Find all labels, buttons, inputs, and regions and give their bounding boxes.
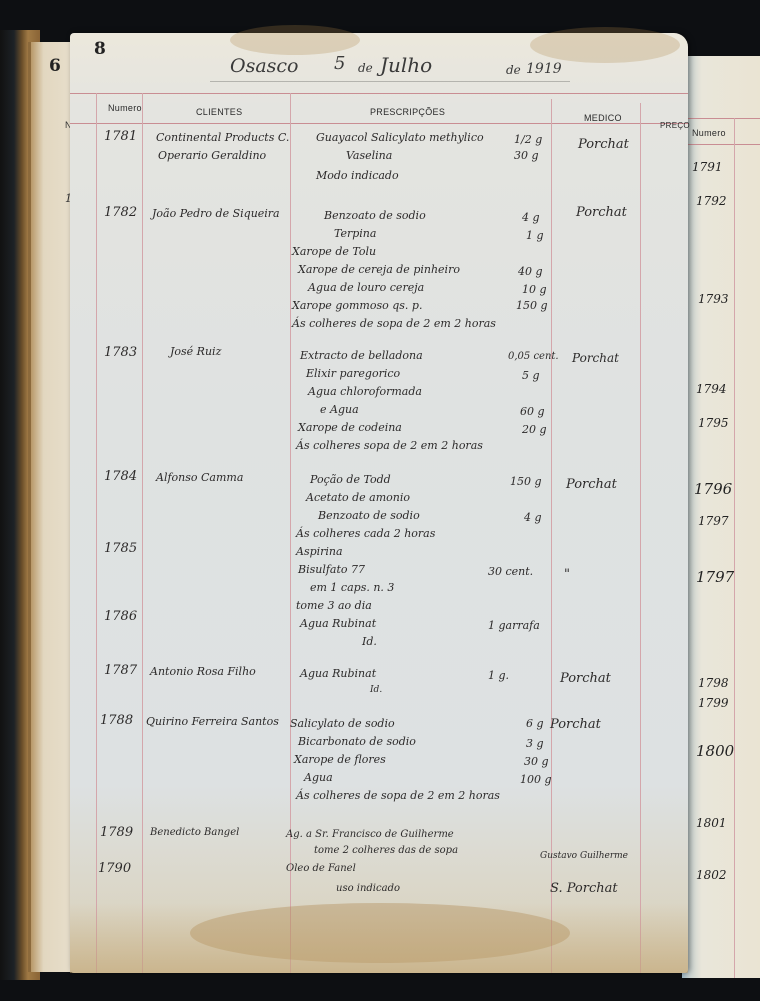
next-page-entry-number: 1795 [698,416,729,430]
prescription-item: Guayacol Salicylato methylico [316,131,484,144]
column-rule [551,99,552,973]
prescription-item: Poção de Todd [310,473,391,486]
prescription-item: Ás colheres cada 2 horas [296,527,435,540]
prescription-qty: 0,05 cent. [508,351,559,362]
prescription-item: Modo indicado [316,169,399,182]
doctor-name: Porchat [576,205,627,220]
client-name-line-2: Operario Geraldino [158,149,266,162]
prescription-qty: 30 g [524,755,549,768]
column-header-clientes: CLIENTES [196,107,242,117]
next-page-entry-number: 1796 [694,480,732,498]
prescription-item: tome 3 ao dia [296,599,372,612]
client-name: Continental Products C. [156,131,289,144]
entry-number: 1784 [104,469,137,484]
prescription-item: Xarope de codeina [298,421,402,434]
prescription-qty: 4 g [522,211,540,224]
prescription-item: e Agua [320,403,359,416]
next-page-entry-number: 1802 [696,868,727,882]
date-place: Osasco [230,55,299,77]
prescription-item: Aspirina [296,545,343,558]
prescription-qty: 30 g [514,149,539,162]
doctor-name: Porchat [566,477,617,492]
column-rule [290,93,291,973]
next-page-entry-number: 1801 [696,816,727,830]
prescription-item: Salicylato de sodio [290,717,395,730]
date-year: 1919 [526,61,562,77]
date-de-1: de [358,61,373,75]
prescription-qty: 1 g [526,229,544,242]
prescription-item: tome 2 colheres das de sopa [314,845,458,856]
doctor-name: Porchat [572,351,619,365]
prescription-qty: 1 garrafa [488,619,540,632]
prescription-item: Xarope de Tolu [292,245,376,258]
client-name: José Ruiz [170,345,221,358]
next-page-edge: Numero 1791 1792 1793 1794 1795 1796 179… [682,56,760,978]
header-rule-top [70,93,688,94]
doctor-name-ditto: " [564,567,570,582]
column-header-medico: MEDICO [584,113,622,123]
client-name: Benedicto Bangel [150,827,239,838]
date-de-2: de [506,63,521,77]
prescription-item: Bisulfato 77 [298,563,365,576]
prescription-item: Acetato de amonio [306,491,410,504]
prescription-item: Xarope de cereja de pinheiro [298,263,460,276]
header-rule-bottom [70,123,688,124]
next-page-entry-number: 1799 [698,696,729,710]
entry-number: 1782 [104,205,137,220]
next-page-entry-number: 1793 [698,292,729,306]
prescription-item: Xarope de flores [294,753,386,766]
next-page-numero-header: Numero [692,128,726,138]
column-header-numero: Numero [108,103,142,113]
doctor-name: Porchat [550,717,601,732]
prescription-item: Terpina [334,227,376,240]
next-page-entry-number: 1798 [698,676,729,690]
prescription-item: Id. [370,685,382,695]
column-rule [640,103,641,973]
prescription-qty: 4 g [524,511,542,524]
prescription-item: Agua chloroformada [308,385,422,398]
prescription-qty: 1/2 g [514,133,542,146]
entry-number: 1787 [104,663,137,678]
entry-number: 1790 [98,861,131,876]
prescription-item: em 1 caps. n. 3 [310,581,394,594]
date-underline [210,81,570,82]
prescription-item: Bicarbonato de sodio [298,735,416,748]
next-page-entry-number: 1797 [698,514,729,528]
client-name: Antonio Rosa Filho [150,665,256,678]
prescription-item: Agua [304,771,333,784]
prescription-qty: 150 g [510,475,542,488]
prescription-qty: 100 g [520,773,552,786]
page-number: 8 [94,39,106,59]
entry-number: 1785 [104,541,137,556]
previous-page-number: 6 [49,56,61,76]
client-name: João Pedro de Siqueira [152,207,280,220]
prescription-item: Ás colheres sopa de 2 em 2 horas [296,439,483,452]
prescription-qty: 5 g [522,369,540,382]
prescription-item: Ás colheres de sopa de 2 em 2 horas [292,317,496,330]
prescription-item: Agua Rubinat [300,667,376,680]
next-page-entry-number: 1797 [696,568,734,586]
column-header-preco: PREÇO [660,121,690,130]
prescription-item: Ag. a Sr. Francisco de Guilherme [286,829,454,840]
prescription-item: Extracto de belladona [300,349,423,362]
date-month: Julho [380,53,432,77]
ledger-page: 8 Osasco 5 de Julho de 1919 Numero CLIEN… [70,33,688,973]
prescription-item: Agua Rubinat [300,617,376,630]
entry-number: 1781 [104,129,137,144]
doctor-name: S. Porchat [550,881,618,896]
next-page-entry-number: 1800 [696,742,734,760]
next-page-column-rule [734,118,735,978]
prescription-qty: 6 g [526,717,544,730]
column-header-prescripcoes: PRESCRIPÇÕES [370,107,445,117]
prescription-qty: 40 g [518,265,543,278]
next-page-header-rule [682,118,760,119]
column-rule [96,93,97,973]
entry-number: 1786 [104,609,137,624]
water-stain [230,25,360,55]
prescription-item: Elixir paregorico [306,367,400,380]
prescription-qty: 30 cent. [488,565,533,578]
prescription-item: Oleo de Fanel [286,863,356,874]
next-page-entry-number: 1794 [696,382,727,396]
next-page-entry-number: 1791 [692,160,723,174]
next-page-entry-number: 1792 [696,194,727,208]
client-name: Alfonso Camma [156,471,243,484]
prescription-qty: 3 g [526,737,544,750]
prescription-qty: 1 g. [488,669,509,682]
next-page-header-rule-bottom [682,144,760,145]
doctor-name: Porchat [560,671,611,686]
prescription-item: Benzoato de sodio [318,509,420,522]
prescription-item: Agua de louro cereja [308,281,424,294]
water-stain [530,27,680,63]
prescription-item: Xarope gommoso qs. p. [292,299,422,312]
prescription-item: Id. [362,635,377,648]
prescription-item: Vaselina [346,149,392,162]
doctor-name: Gustavo Guilherme [540,851,628,861]
client-name: Quirino Ferreira Santos [146,715,279,728]
water-stain [190,903,570,963]
prescription-qty: 20 g [522,423,547,436]
prescription-item: Ás colheres de sopa de 2 em 2 horas [296,789,500,802]
entry-number: 1789 [100,825,133,840]
prescription-item: uso indicado [336,883,400,894]
column-rule [142,93,143,973]
prescription-qty: 60 g [520,405,545,418]
doctor-name: Porchat [578,137,629,152]
prescription-qty: 10 g [522,283,547,296]
entry-number: 1783 [104,345,137,360]
prescription-item: Benzoato de sodio [324,209,426,222]
prescription-qty: 150 g [516,299,548,312]
entry-number: 1788 [100,713,133,728]
date-day: 5 [334,53,345,74]
